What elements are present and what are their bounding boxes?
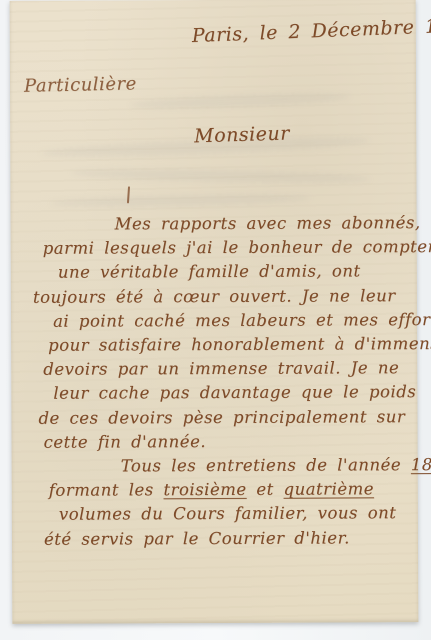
verso-show-through-mark [70,167,370,186]
verso-show-through-mark [130,91,350,112]
underlined-word-troisieme: troisième [163,480,246,499]
letter-line: leur cache pas davantage que le poids [53,381,415,407]
verso-show-through-mark [50,192,310,209]
letter-line: de ces devoirs pèse principalement sur [38,405,415,431]
underlined-word-quatrieme: quatrième [283,480,374,499]
letter-line: été servis par le Courrier d'hier. [44,526,416,552]
letter-line-text: Tous les entretiens de l'année [121,455,411,475]
salutation: Monsieur [194,122,290,147]
letter-body: Mes rapports avec mes abonnés, parmi les… [33,211,416,552]
letter-page: Paris, le 2 Décembre 1857 Particulière M… [10,0,419,624]
letter-line: une véritable famille d'amis, ont [58,260,415,286]
letter-line: formant les troisième et quatrième [49,477,416,503]
letter-line: cette fin d'année. [44,429,416,455]
letter-line: Tous les entretiens de l'année 1857 [49,453,416,479]
pen-tick-mark [127,186,130,203]
letter-line: devoirs par un immense travail. Je ne [43,356,415,382]
letter-line-text: et [247,480,284,499]
letter-line: volumes du Cours familier, vous ont [59,502,416,528]
dateline: Paris, le 2 Décembre 1857 [191,14,431,47]
annotation-particuliere: Particulière [24,73,137,96]
letter-line: toujours été à cœur ouvert. Je ne leur [33,284,415,310]
underlined-year: 1857 [411,455,431,474]
letter-line: pour satisfaire honorablement à d'immens… [48,332,415,358]
letter-line: Mes rapports avec mes abonnés, [43,211,415,237]
letter-line: ai point caché mes labeurs et mes effort… [53,308,415,334]
letter-line-text: formant les [49,480,164,500]
letter-line: parmi lesquels j'ai le bonheur de compte… [43,235,415,261]
scan-background: Paris, le 2 Décembre 1857 Particulière M… [0,0,431,640]
